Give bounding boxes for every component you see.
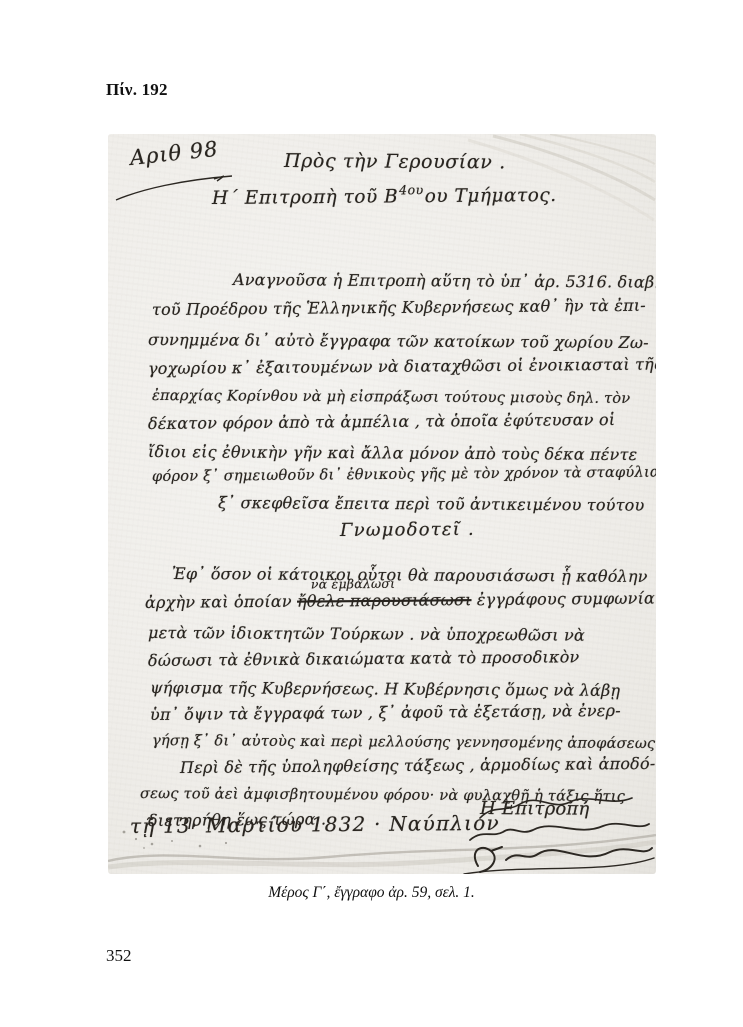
struck-text: ἤθελε παρουσιάσωσι [297,590,472,611]
line-segment: ἐγγράφους συμφωνίαν [471,588,656,609]
handwriting-line: φόρον ξ᾽ σημειωθοῦν δι᾽ ἐθνικοὺς γῆς μὲ … [152,463,656,485]
manuscript-scan: Αριθ 98 Πρὸς τὴν Γερουσίαν . Η΄ Επιτροπὴ… [108,134,656,874]
handwriting-line: συνημμένα δι᾽ αὐτὸ ἔγγραφα τῶν κατοίκων … [148,330,649,352]
handwriting-line: γοχωρίου κ᾽ ἐξαιτουμένων νὰ διαταχθῶσι ο… [148,355,656,378]
handwriting-line: Περὶ δὲ τῆς ὑποληφθείσης τάξεως , ἁρμοδί… [180,754,656,777]
heading-committee-text: Η΄ Επιτροπὴ τοῦ Β [212,186,398,209]
verdict-heading: Γνωμοδοτεῖ . [340,519,475,541]
fold-shadow [108,835,656,861]
handwriting-line: ψήφισμα τῆς Κυβερνήσεως. Η Κυβέρνησις ὅμ… [150,678,620,700]
figure-caption: Μέρος Γ΄, ἔγγραφο ἀρ. 59, σελ. 1. [0,884,743,902]
handwriting-line: μετὰ τῶν ἰδιοκτητῶν Τούρκων . νὰ ὑποχρεω… [148,623,585,645]
signature-scrawl-3-tail [506,848,652,860]
signature-underline [464,858,654,874]
crease-line [520,134,655,182]
fold-shadow [108,842,656,867]
heading-committee-text-after: ου Τμήματος. [425,185,557,207]
signature-scrawl-3 [475,847,502,872]
page-number: 352 [106,946,132,966]
archive-number: Αριθ 98 [129,137,220,170]
overwrite-text: νὰ ἐμβάλωσι [311,576,395,592]
handwriting-line: Ἐφ᾽ ὅσον οἱ κάτοικοι οὗτοι θὰ παρουσιάσω… [172,564,648,586]
handwriting-line: ἴδιοι εἰς ἐθνικὴν γῆν καὶ ἄλλα μόνον ἀπὸ… [148,442,637,464]
crease-line [550,134,655,164]
heading-committee-correction: 4ου [399,182,424,197]
book-page: Πίν. 192 [0,0,743,1027]
correction-group: ἤθελε παρουσιάσωσινὰ ἐμβάλωσι [297,590,472,611]
heading-committee: Η΄ Επιτροπὴ τοῦ Β4ουου Τμήματος. [212,185,557,209]
plate-label: Πίν. 192 [106,80,168,100]
dateline: τῇ 13· Μαρτίου 1832 · Ναύπλιον [130,811,500,838]
handwriting-line: ἐπαρχίας Κορίνθου νὰ μὴ εἰσπράξωσι τούτο… [152,387,630,407]
handwriting-line: δέκατον φόρον ἀπὸ τὰ ἀμπέλια , τὰ ὁποῖα … [148,410,615,433]
handwriting-line: τοῦ Προέδρου τῆς Ἑλληνικῆς Κυβερνήσεως κ… [152,296,646,319]
handwriting-line-with-correction: ἀρχὴν καὶ ὁποίαν ἤθελε παρουσιάσωσινὰ ἐμ… [145,588,656,612]
handwriting-line: ὑπ᾽ ὄψιν τὰ ἔγγραφά των , ξ᾽ ἀφοῦ τὰ ἐξε… [150,701,621,724]
handwriting-line: δώσωσι τὰ ἐθνικὰ δικαιώματα κατὰ τὸ προσ… [148,647,580,670]
heading-addressee: Πρὸς τὴν Γερουσίαν . [284,150,506,173]
handwriting-line: γήσῃ ξ᾽ δι᾽ αὐτοὺς καὶ περὶ μελλούσης γε… [152,732,656,752]
handwriting-line: Αναγνοῦσα ἡ Επιτροπὴ αὕτη τὸ ὑπ᾽ ἀρ. 531… [233,270,656,292]
line-segment: ἀρχὴν καὶ ὁποίαν [145,592,297,612]
handwriting-line: ξ᾽ σκεφθεῖσα ἔπειτα περὶ τοῦ ἀντικειμένο… [218,493,645,515]
